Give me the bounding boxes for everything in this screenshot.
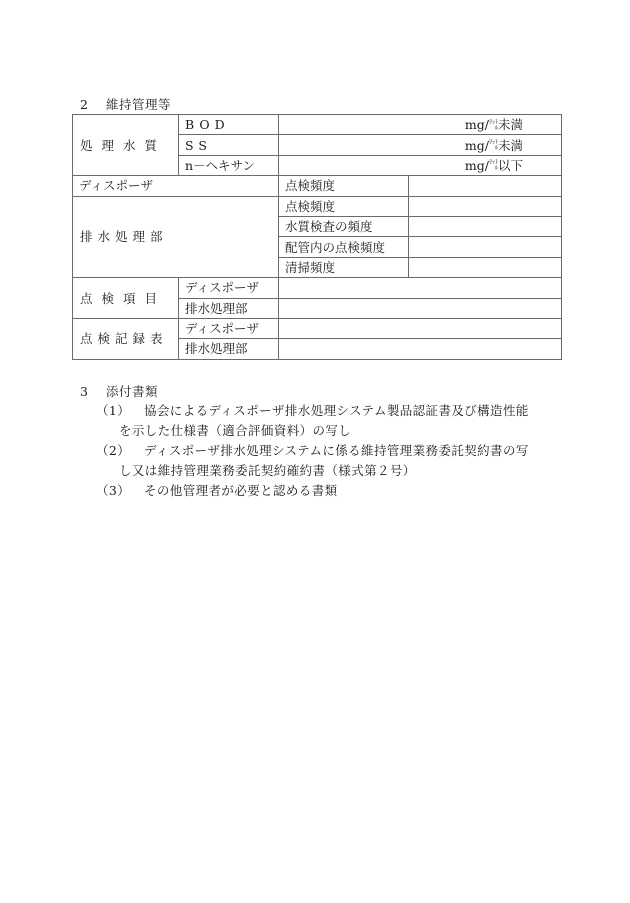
list-item: （2）ディスポーザ排水処理システムに係る維持管理業務委託契約書の写 — [96, 441, 529, 461]
inspection-records-disposer-label: ディスポーザ — [179, 318, 279, 338]
unit-liter-small: ﾘｯﾄﾙ — [489, 120, 498, 132]
list-item: （3）その他管理者が必要と認める書類 — [96, 481, 529, 501]
drainage-label: 排水処理部 — [73, 196, 279, 278]
inspection-records-disposer-field[interactable] — [279, 318, 562, 338]
bod-label: BOD — [179, 115, 279, 135]
unit-suffix: 未満 — [498, 117, 523, 132]
disposer-inspection-frequency-field[interactable] — [409, 176, 562, 196]
inspection-items-disposer-field[interactable] — [279, 278, 562, 298]
n-hexane-label: n－ヘキサン — [179, 155, 279, 175]
water-test-frequency-field[interactable] — [409, 216, 562, 236]
table-row: 点検項目 ディスポーザ — [73, 278, 562, 298]
maintenance-table: 処理水質 BOD mg/ﾘｯﾄﾙ未満 SS mg/ﾘｯﾄﾙ未満 n－ヘキサン m… — [72, 114, 562, 360]
section-2-heading: 2維持管理等 — [80, 95, 171, 113]
table-row: 排水処理部 点検頻度 — [73, 196, 562, 216]
attachment-list: （1）協会によるディスポーザ排水処理システム製品認証書及び構造性能 を示した仕様… — [96, 401, 529, 501]
unit-prefix: mg/ — [465, 117, 489, 132]
inspection-items-label: 点検項目 — [73, 278, 179, 319]
water-test-frequency-label: 水質検査の頻度 — [279, 216, 409, 236]
unit-liter-small: ﾘｯﾄﾙ — [489, 140, 498, 152]
drainage-inspection-frequency-label: 点検頻度 — [279, 196, 409, 216]
section-2-number: 2 — [80, 97, 106, 112]
unit-liter-small: ﾘｯﾄﾙ — [489, 160, 498, 172]
unit-suffix: 未満 — [498, 138, 523, 153]
item-number: （1） — [96, 401, 144, 421]
table-row: ディスポーザ 点検頻度 — [73, 176, 562, 196]
item-text-line1: ディスポーザ排水処理システムに係る維持管理業務委託契約書の写 — [144, 443, 529, 458]
inspection-records-drainage-label: 排水処理部 — [179, 339, 279, 359]
unit-suffix: 以下 — [498, 158, 523, 173]
item-number: （2） — [96, 441, 144, 461]
section-3-title: 添付書類 — [106, 384, 158, 399]
item-text-line2: を示した仕様書（適合評価資料）の写し — [96, 421, 529, 441]
inspection-records-drainage-field[interactable] — [279, 339, 562, 359]
unit-prefix: mg/ — [465, 138, 489, 153]
section-3-number: 3 — [80, 384, 106, 399]
item-number: （3） — [96, 481, 144, 501]
inspection-items-drainage-field[interactable] — [279, 298, 562, 318]
unit-prefix: mg/ — [465, 158, 489, 173]
cleaning-frequency-field[interactable] — [409, 257, 562, 277]
inspection-items-disposer-label: ディスポーザ — [179, 278, 279, 298]
cleaning-frequency-label: 清掃頻度 — [279, 257, 409, 277]
item-text-line1: その他管理者が必要と認める書類 — [144, 483, 338, 498]
table-row: 点検記録表 ディスポーザ — [73, 318, 562, 338]
section-3-heading: 3添付書類 — [80, 382, 158, 400]
n-hexane-value-field[interactable]: mg/ﾘｯﾄﾙ以下 — [279, 155, 562, 175]
pipe-inspection-frequency-label: 配管内の点検頻度 — [279, 237, 409, 257]
disposer-label: ディスポーザ — [73, 176, 279, 196]
drainage-inspection-frequency-field[interactable] — [409, 196, 562, 216]
inspection-records-label: 点検記録表 — [73, 318, 179, 359]
list-item: （1）協会によるディスポーザ排水処理システム製品認証書及び構造性能 — [96, 401, 529, 421]
pipe-inspection-frequency-field[interactable] — [409, 237, 562, 257]
section-2-title: 維持管理等 — [106, 97, 171, 112]
table-row: 処理水質 BOD mg/ﾘｯﾄﾙ未満 — [73, 115, 562, 135]
inspection-items-drainage-label: 排水処理部 — [179, 298, 279, 318]
water-quality-label: 処理水質 — [73, 115, 179, 176]
bod-value-field[interactable]: mg/ﾘｯﾄﾙ未満 — [279, 115, 562, 135]
ss-value-field[interactable]: mg/ﾘｯﾄﾙ未満 — [279, 135, 562, 155]
ss-label: SS — [179, 135, 279, 155]
item-text-line1: 協会によるディスポーザ排水処理システム製品認証書及び構造性能 — [144, 403, 529, 418]
item-text-line2: し又は維持管理業務委託契約確約書（様式第２号） — [96, 461, 529, 481]
disposer-inspection-frequency-label: 点検頻度 — [279, 176, 409, 196]
